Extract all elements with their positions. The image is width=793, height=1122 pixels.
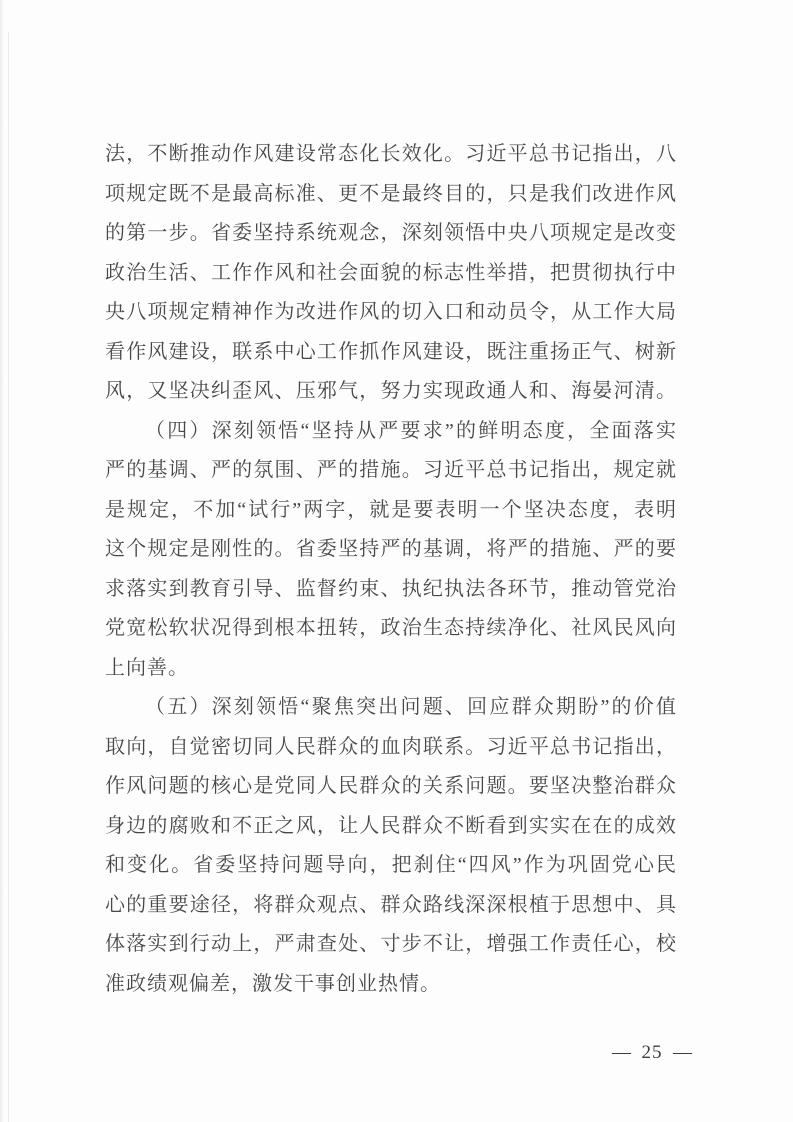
text-line: 政治生活、工作作风和社会面貌的标志性举措，把贯彻执行中 <box>105 254 677 294</box>
paragraph-item-four: （四）深刻领悟“坚持从严要求”的鲜明态度，全面落实 严的基调、严的氛围、严的措施… <box>105 412 677 689</box>
text-line: 和变化。省委坚持问题导向，把刹住“四风”作为巩固党心民 <box>105 846 677 886</box>
text-line: 看作风建设，联系中心工作抓作风建设，既注重扬正气、树新 <box>105 333 677 373</box>
text-line: 法，不断推动作风建设常态化长效化。习近平总书记指出，八 <box>105 135 677 175</box>
body-text: 法，不断推动作风建设常态化长效化。习近平总书记指出，八 项规定既不是最高标准、更… <box>105 135 677 1004</box>
text-line: 作风问题的核心是党同人民群众的关系问题。要坚决整治群众 <box>105 767 677 807</box>
document-page: 法，不断推动作风建设常态化长效化。习近平总书记指出，八 项规定既不是最高标准、更… <box>0 0 793 1122</box>
paragraph-continuation: 法，不断推动作风建设常态化长效化。习近平总书记指出，八 项规定既不是最高标准、更… <box>105 135 677 412</box>
text-line: 准政绩观偏差，激发干事创业热情。 <box>105 965 677 1005</box>
text-line: 上向善。 <box>105 649 677 689</box>
page-number: 25 <box>642 1042 663 1064</box>
text-line: 风，又坚决纠歪风、压邪气，努力实现政通人和、海晏河清。 <box>105 372 677 412</box>
text-line: （五）深刻领悟“聚焦突出问题、回应群众期盼”的价值 <box>105 688 677 728</box>
text-line: 这个规定是刚性的。省委坚持严的基调，将严的措施、严的要 <box>105 530 677 570</box>
text-line: 身边的腐败和不正之风，让人民群众不断看到实实在在的成效 <box>105 807 677 847</box>
text-line: 是规定，不加“试行”两字，就是要表明一个坚决态度，表明 <box>105 491 677 531</box>
text-line: 求落实到教育引导、监督约束、执纪执法各环节，推动管党治 <box>105 570 677 610</box>
text-line: 心的重要途径，将群众观点、群众路线深深根植于思想中、具 <box>105 886 677 926</box>
text-line: 的第一步。省委坚持系统观念，深刻领悟中央八项规定是改变 <box>105 214 677 254</box>
footer-dash-left: — <box>612 1042 631 1064</box>
scan-line-artifact <box>8 32 9 1122</box>
text-line: 严的基调、严的氛围、严的措施。习近平总书记指出，规定就 <box>105 451 677 491</box>
text-line: 取向，自觉密切同人民群众的血肉联系。习近平总书记指出， <box>105 728 677 768</box>
scan-edge-artifact <box>0 0 4 1122</box>
text-line: 党宽松软状况得到根本扭转，政治生态持续净化、社风民风向 <box>105 609 677 649</box>
text-line: （四）深刻领悟“坚持从严要求”的鲜明态度，全面落实 <box>105 412 677 452</box>
footer-dash-right: — <box>673 1042 692 1064</box>
text-line: 央八项规定精神作为改进作风的切入口和动员令，从工作大局 <box>105 293 677 333</box>
text-line: 体落实到行动上，严肃查处、寸步不让，增强工作责任心，校 <box>105 925 677 965</box>
paragraph-item-five: （五）深刻领悟“聚焦突出问题、回应群众期盼”的价值 取向，自觉密切同人民群众的血… <box>105 688 677 1004</box>
text-line: 项规定既不是最高标准、更不是最终目的，只是我们改进作风 <box>105 175 677 215</box>
page-footer: — 25 — <box>612 1042 692 1064</box>
